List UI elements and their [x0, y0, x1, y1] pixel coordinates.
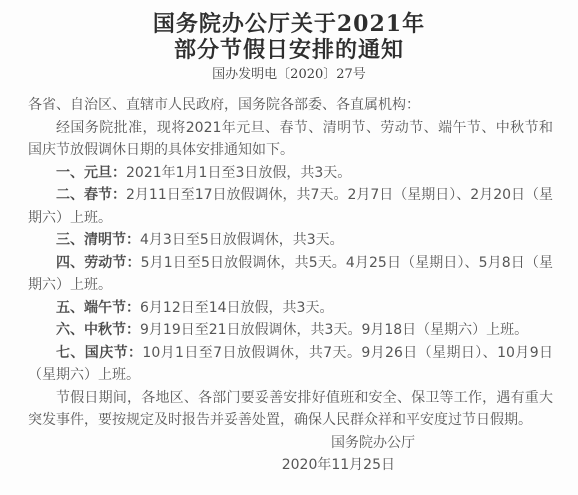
holiday-label: 五、端午节： — [56, 300, 140, 316]
holiday-item-mid-autumn: 六、中秋节：9月19日至21日放假调休，共3天。9月18日（星期六）上班。 — [28, 319, 553, 342]
holiday-label: 六、中秋节： — [56, 322, 140, 338]
holiday-item-dragon-boat: 五、端午节：6月12日至14日放假，共3天。 — [28, 297, 553, 320]
closing-paragraph: 节假日期间，各地区、各部门要妥善安排好值班和安全、保卫等工作，遇有重大突发事件，… — [28, 387, 553, 432]
document-title-line2: 部分节假日安排的通知 — [174, 37, 404, 63]
holiday-item-national-day: 七、国庆节：10月1日至7日放假调休，共7天。9月26日（星期日）、10月9日（… — [28, 342, 553, 387]
document-title-line1: 国务院办公厅关于2021年 — [153, 11, 425, 37]
holiday-detail: 9月19日至21日放假调休，共3天。9月18日（星期六）上班。 — [140, 322, 528, 338]
holiday-label: 二、春节： — [56, 187, 126, 203]
document-body: 各省、自治区、直辖市人民政府，国务院各部委、各直属机构： 经国务院批准，现将20… — [28, 94, 553, 477]
holiday-label: 一、元旦： — [56, 165, 126, 181]
holiday-item-new-year: 一、元旦：2021年1月1日至3日放假，共3天。 — [28, 162, 553, 185]
holiday-label: 三、清明节： — [56, 232, 140, 248]
holiday-label: 七、国庆节： — [56, 345, 142, 361]
notice-document-page: 国务院办公厅关于2021年 部分节假日安排的通知 国办发明电〔2020〕27号 … — [0, 0, 578, 495]
holiday-detail: 2021年1月1日至3日放假，共3天。 — [126, 165, 351, 181]
holiday-item-qingming: 三、清明节：4月3日至5日放假调休，共3天。 — [28, 229, 553, 252]
salutation-paragraph: 各省、自治区、直辖市人民政府，国务院各部委、各直属机构： — [28, 94, 553, 117]
signature-org: 国务院办公厅 — [28, 432, 553, 455]
document-number: 国办发明电〔2020〕27号 — [0, 66, 578, 83]
holiday-label: 四、劳动节： — [56, 255, 141, 271]
holiday-item-spring-festival: 二、春节：2月11日至17日放假调休，共7天。2月7日（星期日）、2月20日（星… — [28, 184, 553, 229]
signature-date: 2020年11月25日 — [28, 454, 553, 477]
holiday-item-labor-day: 四、劳动节：5月1日至5日放假调休，共5天。4月25日（星期日）、5月8日（星期… — [28, 252, 553, 297]
document-title: 国务院办公厅关于2021年 部分节假日安排的通知 — [0, 0, 578, 63]
holiday-detail: 4月3日至5日放假调休，共3天。 — [140, 232, 344, 248]
holiday-detail: 6月12日至14日放假，共3天。 — [140, 300, 333, 316]
intro-paragraph: 经国务院批准，现将2021年元旦、春节、清明节、劳动节、端午节、中秋节和国庆节放… — [28, 117, 553, 162]
